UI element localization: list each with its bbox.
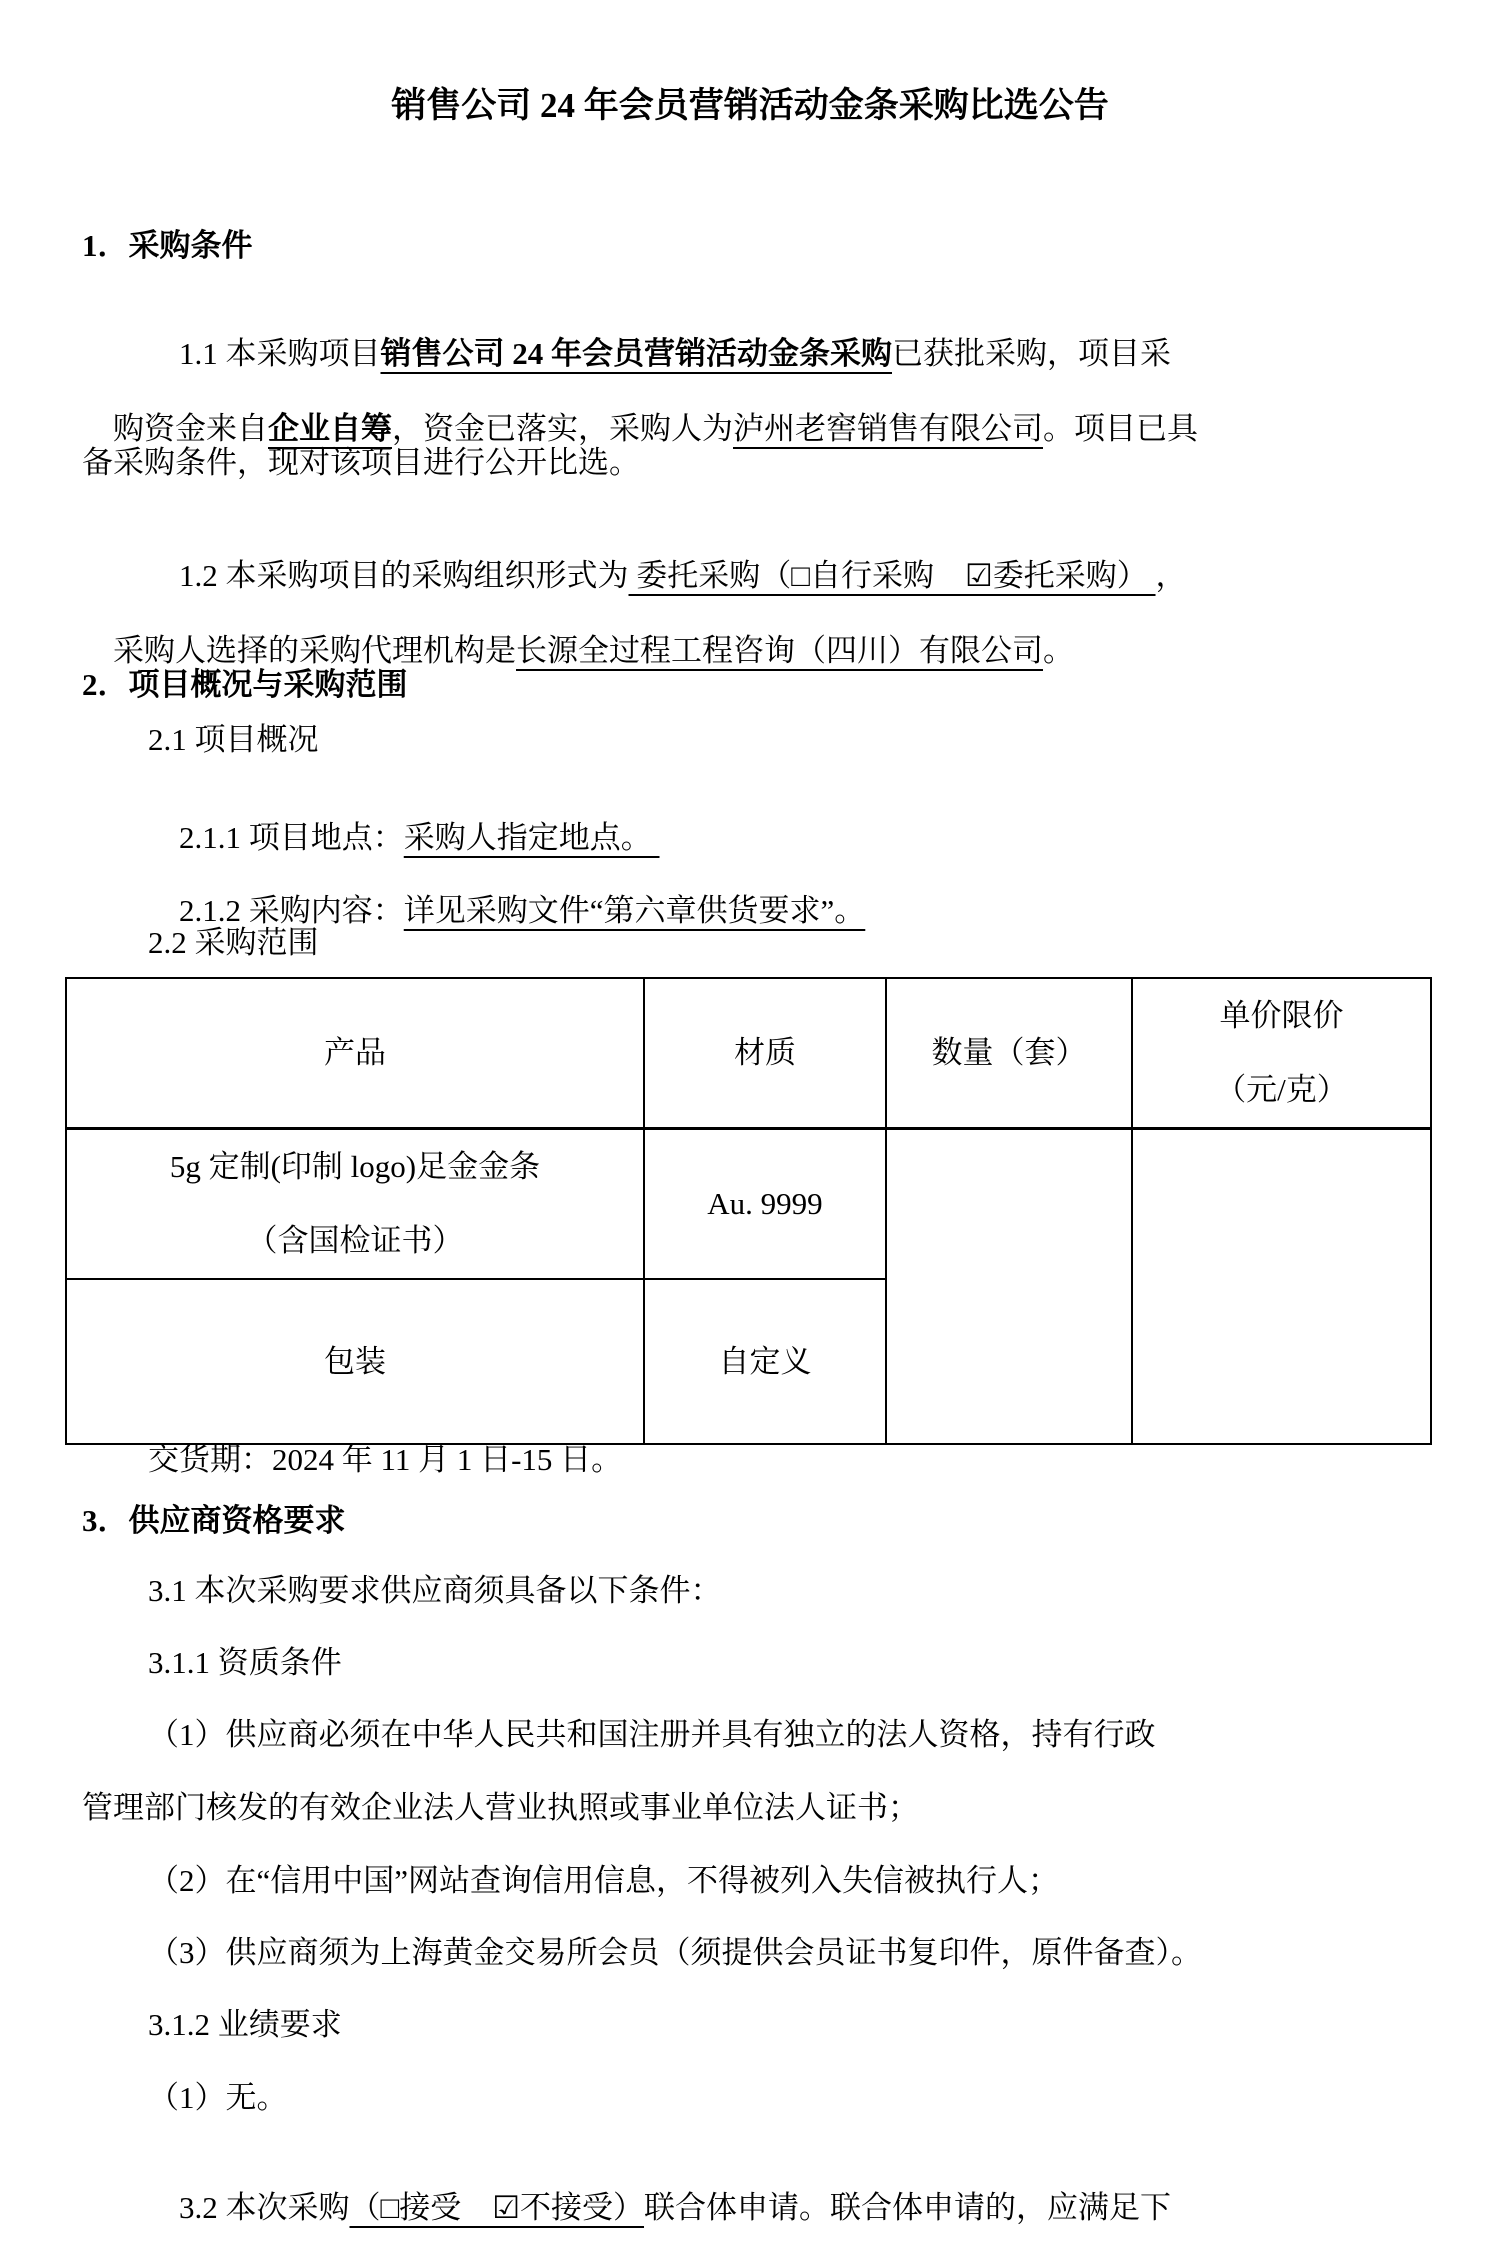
para-1-2-line-2-post: 。 [1043, 633, 1074, 668]
para-1-1-line-2-post: 。项目已具 [1043, 411, 1198, 446]
para-1-1-line-2-pre: 购资金来自 [113, 411, 268, 446]
para-2-2: 2.2 采购范围 [148, 924, 319, 962]
org-form-checkbox-group-underlined: 委托采购（□自行采购 ☑委托采购） [629, 558, 1156, 593]
para-1-2-line-1-pre: 1.2 本采购项目的采购组织形式为 [179, 558, 629, 593]
col-header-unit-price-limit: 单价限价 （元/克） [1132, 978, 1431, 1129]
project-location-underlined: 采购人指定地点。 [404, 820, 660, 855]
para-3-1-1: 3.1.1 资质条件 [148, 1644, 342, 1682]
para-1-2-line-2-pre: 采购人选择的采购代理机构是 [113, 633, 516, 668]
para-2-1-2-label: 2.1.2 采购内容： [179, 893, 404, 928]
para-2-1-1-label: 2.1.1 项目地点： [179, 820, 404, 855]
project-name-underlined: 销售公司 24 年会员营销活动金条采购 [381, 336, 893, 371]
cell-material-gold: Au. 9999 [644, 1129, 886, 1280]
performance-item-1: （1）无。 [148, 2079, 288, 2117]
para-1-1-line-1-post: 已获批采购，项目采 [892, 336, 1171, 371]
cell-product-gold-bar-line1: 5g 定制(印制 logo)足金金条 [67, 1130, 643, 1204]
document-page: 销售公司 24 年会员营销活动金条采购比选公告 1．采购条件 1.1 本采购项目… [0, 0, 1500, 2261]
table-row-gold-bar: 5g 定制(印制 logo)足金金条 （含国检证书） Au. 9999 [66, 1129, 1431, 1280]
section-3-heading: 3．供应商资格要求 [82, 1502, 346, 1540]
qualification-item-3: （3）供应商须为上海黄金交易所会员（须提供会员证书复印件，原件备查）。 [148, 1934, 1202, 1972]
purchaser-name-underlined: 泸州老窖销售有限公司 [733, 411, 1043, 446]
para-3-2-pre: 3.2 本次采购 [179, 2190, 350, 2225]
col-header-unit-price-limit-line2: （元/克） [1133, 1053, 1430, 1127]
para-3-1-2: 3.1.2 业绩要求 [148, 2006, 342, 2044]
para-1-1-line-3: 备采购条件，现对该项目进行公开比选。 [82, 444, 640, 482]
procurement-content-underlined: 详见采购文件“第六章供货要求”。 [404, 893, 866, 928]
section-1-heading: 1．采购条件 [82, 227, 253, 265]
cell-product-packaging: 包装 [66, 1279, 644, 1444]
col-header-quantity: 数量（套） [886, 978, 1132, 1129]
section-2-heading: 2．项目概况与采购范围 [82, 666, 408, 704]
cell-material-custom: 自定义 [644, 1279, 886, 1444]
funding-source-underlined: 企业自筹 [268, 411, 392, 446]
para-1-1-line-1-pre: 1.1 本采购项目 [179, 336, 381, 371]
para-3-1: 3.1 本次采购要求供应商须具备以下条件： [148, 1572, 722, 1610]
cell-price-limit-merged [1132, 1129, 1431, 1445]
para-2-1: 2.1 项目概况 [148, 721, 319, 759]
table-header-row: 产品 材质 数量（套） 单价限价 （元/克） [66, 978, 1431, 1129]
qualification-item-1-line-2: 管理部门核发的有效企业法人营业执照或事业单位法人证书； [82, 1789, 919, 1827]
para-3-2-post: 联合体申请。联合体申请的，应满足下 [644, 2190, 1171, 2225]
consortium-checkbox-group-underlined: （□接受 ☑不接受） [350, 2190, 645, 2225]
document-title: 销售公司 24 年会员营销活动金条采购比选公告 [0, 84, 1500, 128]
col-header-material: 材质 [644, 978, 886, 1129]
delivery-period: 交货期：2024 年 11 月 1 日-15 日。 [148, 1441, 622, 1479]
procurement-scope-table: 产品 材质 数量（套） 单价限价 （元/克） 5g 定制(印制 logo)足金金… [65, 977, 1432, 1445]
para-1-2-line-1-post: ， [1156, 558, 1187, 593]
qualification-item-1-line-1: （1）供应商必须在中华人民共和国注册并具有独立的法人资格，持有行政 [148, 1716, 1156, 1754]
para-3-2: 3.2 本次采购（□接受 ☑不接受）联合体申请。联合体申请的，应满足下 [148, 2151, 1171, 2261]
para-1-1-line-2-mid: ，资金已落实，采购人为 [392, 411, 733, 446]
col-header-product: 产品 [66, 978, 644, 1129]
agency-name-underlined: 长源全过程工程咨询（四川）有限公司 [516, 633, 1043, 668]
cell-quantity-merged [886, 1129, 1132, 1445]
qualification-item-2: （2）在“信用中国”网站查询信用信息，不得被列入失信被执行人； [148, 1862, 1059, 1900]
cell-product-gold-bar: 5g 定制(印制 logo)足金金条 （含国检证书） [66, 1129, 644, 1280]
col-header-unit-price-limit-line1: 单价限价 [1133, 979, 1430, 1053]
cell-product-gold-bar-line2: （含国检证书） [67, 1204, 643, 1278]
